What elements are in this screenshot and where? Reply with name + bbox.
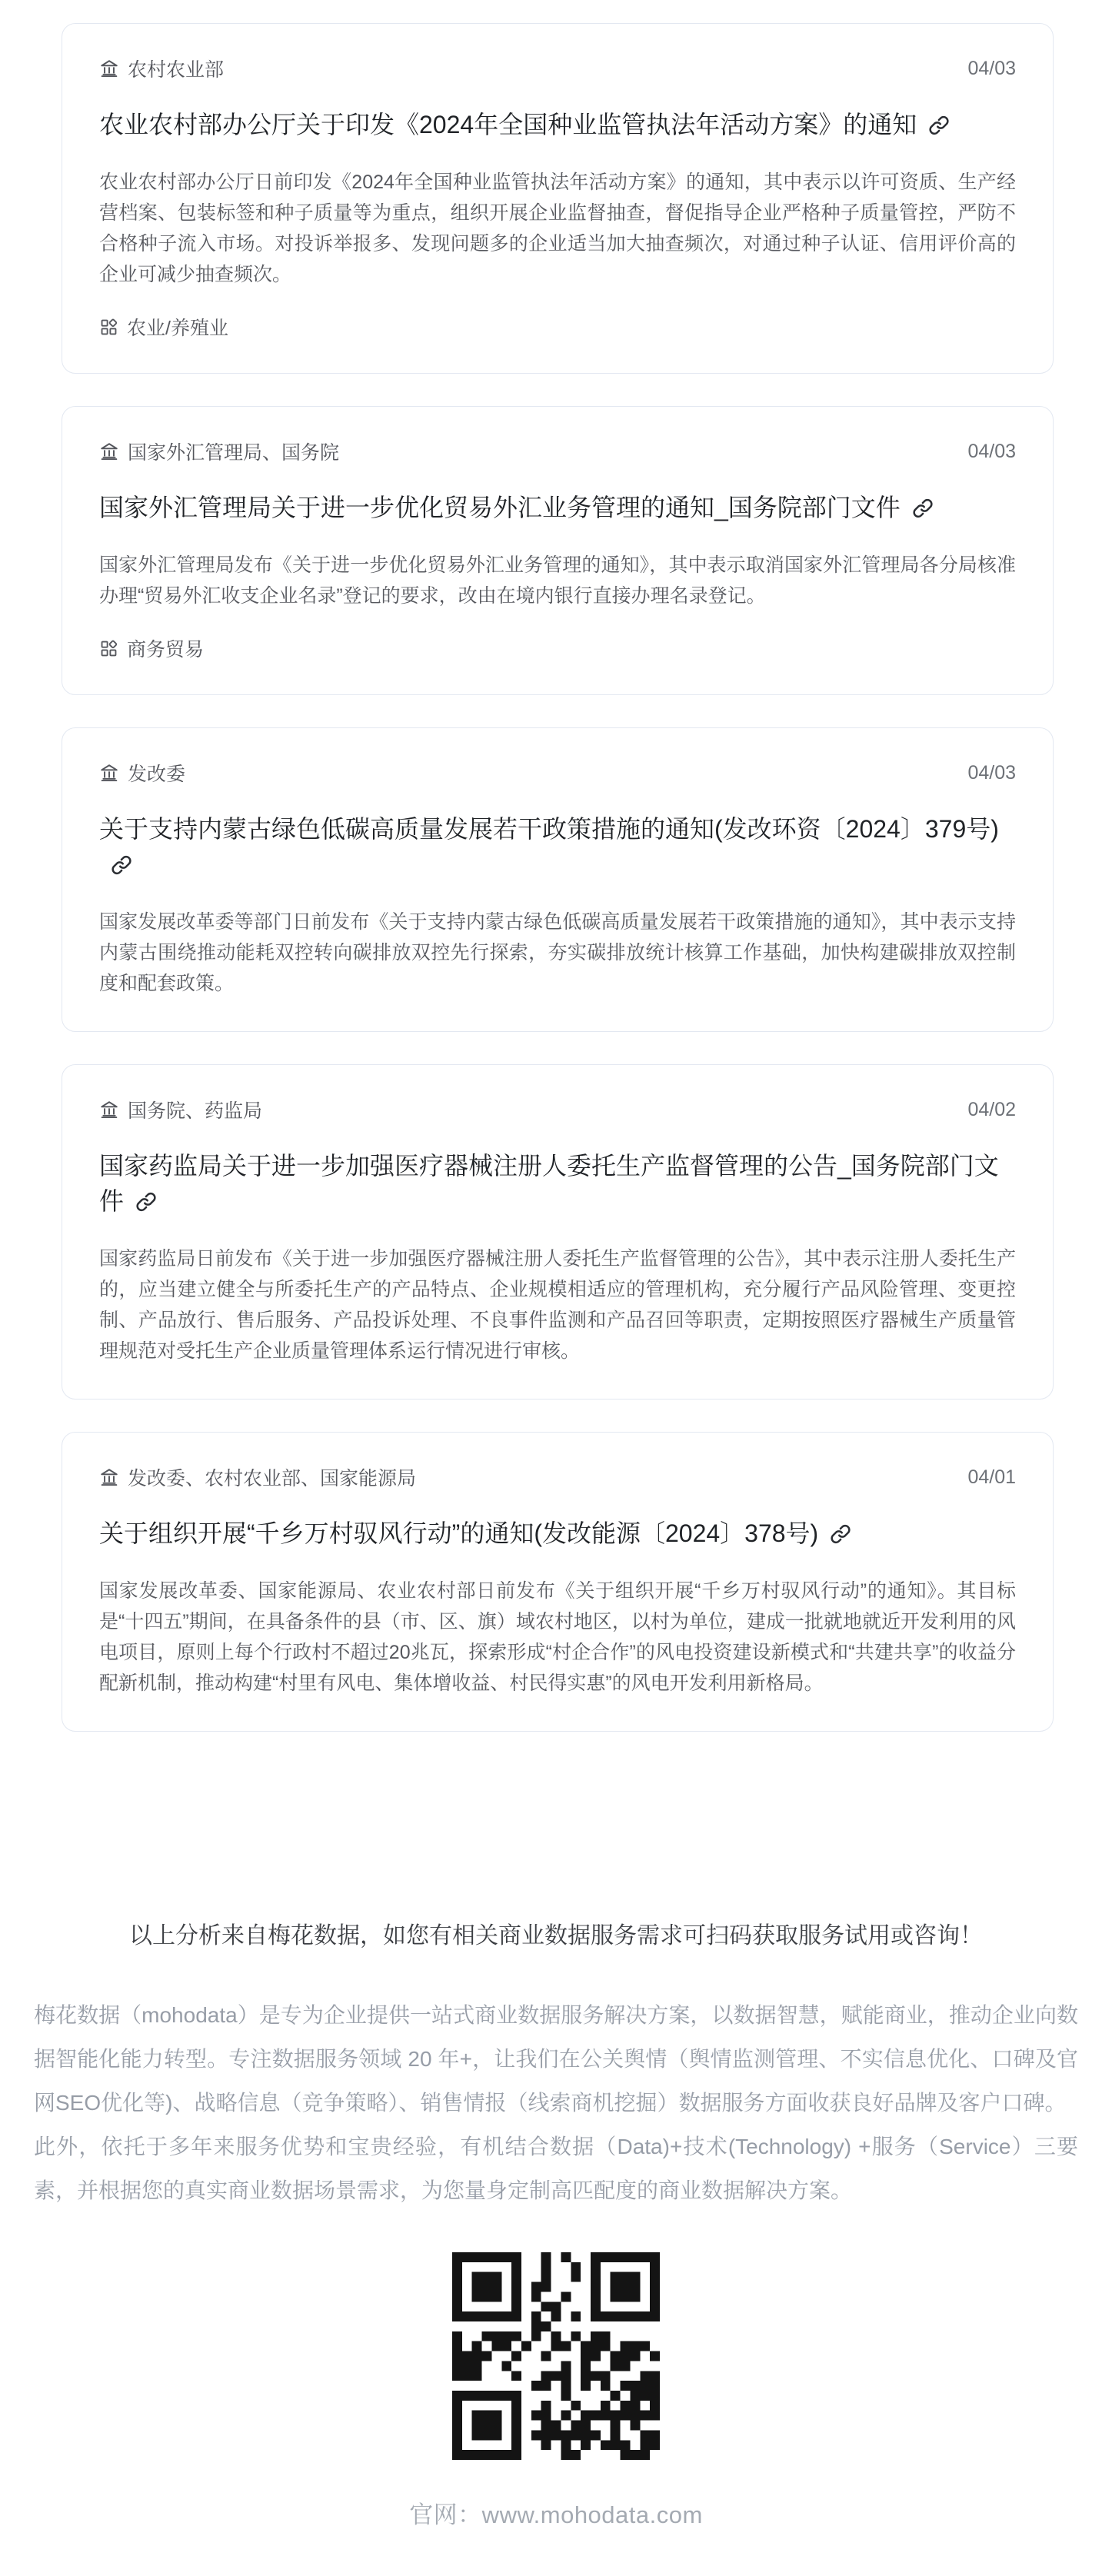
source-label: 农村农业部 xyxy=(128,55,224,82)
source-label: 国务院、药监局 xyxy=(128,1096,262,1123)
card-title[interactable]: 关于支持内蒙古绿色低碳高质量发展若干政策措施的通知(发改环资〔2024〕379号… xyxy=(99,811,1016,882)
card-summary: 农业农村部办公厅日前印发《2024年全国种业监管执法年活动方案》的通知，其中表示… xyxy=(99,167,1016,290)
card-header: 发改委 04/03 xyxy=(99,759,1016,787)
card-title[interactable]: 关于组织开展“千乡万村驭风行动”的通知(发改能源〔2024〕378号) xyxy=(99,1516,1016,1551)
news-feed: 农村农业部 04/03 农业农村部办公厅关于印发《2024年全国种业监管执法年活… xyxy=(62,0,1054,1732)
website-label: 官网：www.mohodata.com xyxy=(0,2495,1112,2576)
card-header: 发改委、农村农业部、国家能源局 04/01 xyxy=(99,1463,1016,1491)
news-card: 农村农业部 04/03 农业农村部办公厅关于印发《2024年全国种业监管执法年活… xyxy=(62,23,1054,374)
card-title-text[interactable]: 关于组织开展“千乡万村驭风行动”的通知(发改能源〔2024〕378号) xyxy=(99,1519,818,1547)
category-label: 农业/养殖业 xyxy=(127,313,228,341)
card-date: 04/02 xyxy=(967,1099,1016,1121)
card-source: 国家外汇管理局、国务院 xyxy=(99,438,339,465)
card-category-tag[interactable]: 农业/养殖业 xyxy=(99,313,1016,341)
card-date: 04/03 xyxy=(967,441,1016,463)
source-label: 发改委、农村农业部、国家能源局 xyxy=(128,1463,416,1491)
card-source: 国务院、药监局 xyxy=(99,1096,262,1123)
news-card: 国务院、药监局 04/02 国家药监局关于进一步加强医疗器械注册人委托生产监督管… xyxy=(62,1064,1054,1399)
promo-headline: 以上分析来自梅花数据，如您有相关商业数据服务需求可扫码获取服务试用或咨询！ xyxy=(0,1919,1112,1953)
source-label: 发改委 xyxy=(128,759,185,787)
source-label: 国家外汇管理局、国务院 xyxy=(128,438,339,465)
category-grid-icon xyxy=(99,318,118,337)
building-icon xyxy=(99,763,119,783)
promo-section: 以上分析来自梅花数据，如您有相关商业数据服务需求可扫码获取服务试用或咨询！ 梅花… xyxy=(0,1919,1112,2576)
building-icon xyxy=(99,441,119,461)
card-title-text[interactable]: 关于支持内蒙古绿色低碳高质量发展若干政策措施的通知(发改环资〔2024〕379号… xyxy=(99,815,999,843)
card-header: 国务院、药监局 04/02 xyxy=(99,1096,1016,1123)
card-summary: 国家发展改革委等部门日前发布《关于支持内蒙古绿色低碳高质量发展若干政策措施的通知… xyxy=(99,907,1016,999)
card-summary: 国家外汇管理局发布《关于进一步优化贸易外汇业务管理的通知》，其中表示取消国家外汇… xyxy=(99,550,1016,611)
card-title-text[interactable]: 国家药监局关于进一步加强医疗器械注册人委托生产监督管理的公告_国务院部门文件 xyxy=(99,1152,999,1215)
card-date: 04/03 xyxy=(967,762,1016,784)
qr-code xyxy=(452,2252,660,2460)
link-icon[interactable] xyxy=(911,497,934,520)
card-title[interactable]: 国家外汇管理局关于进一步优化贸易外汇业务管理的通知_国务院部门文件 xyxy=(99,490,1016,525)
category-grid-icon xyxy=(99,639,118,658)
card-header: 国家外汇管理局、国务院 04/03 xyxy=(99,438,1016,465)
category-label: 商务贸易 xyxy=(127,634,204,662)
card-source: 农村农业部 xyxy=(99,55,224,82)
building-icon xyxy=(99,1467,119,1487)
news-card: 国家外汇管理局、国务院 04/03 国家外汇管理局关于进一步优化贸易外汇业务管理… xyxy=(62,406,1054,695)
building-icon xyxy=(99,1100,119,1120)
card-title-text[interactable]: 国家外汇管理局关于进一步优化贸易外汇业务管理的通知_国务院部门文件 xyxy=(99,494,901,521)
card-title[interactable]: 国家药监局关于进一步加强医疗器械注册人委托生产监督管理的公告_国务院部门文件 xyxy=(99,1148,1016,1219)
link-icon[interactable] xyxy=(927,114,951,137)
news-card: 发改委、农村农业部、国家能源局 04/01 关于组织开展“千乡万村驭风行动”的通… xyxy=(62,1432,1054,1732)
card-summary: 国家药监局日前发布《关于进一步加强医疗器械注册人委托生产监督管理的公告》，其中表… xyxy=(99,1243,1016,1366)
promo-paragraph-1: 梅花数据（mohodata）是专为企业提供一站式商业数据服务解决方案，以数据智慧… xyxy=(34,1993,1078,2125)
promo-paragraph-2: 此外，依托于多年来服务优势和宝贵经验，有机结合数据（Data)+技术(Techn… xyxy=(34,2125,1078,2212)
news-card: 发改委 04/03 关于支持内蒙古绿色低碳高质量发展若干政策措施的通知(发改环资… xyxy=(62,727,1054,1032)
card-header: 农村农业部 04/03 xyxy=(99,55,1016,82)
link-icon[interactable] xyxy=(135,1190,158,1213)
card-summary: 国家发展改革委、国家能源局、农业农村部日前发布《关于组织开展“千乡万村驭风行动”… xyxy=(99,1576,1016,1699)
card-date: 04/03 xyxy=(967,58,1016,80)
card-source: 发改委、农村农业部、国家能源局 xyxy=(99,1463,416,1491)
card-date: 04/01 xyxy=(967,1466,1016,1489)
card-title-text[interactable]: 农业农村部办公厅关于印发《2024年全国种业监管执法年活动方案》的通知 xyxy=(99,111,917,138)
link-icon[interactable] xyxy=(110,854,133,877)
card-title[interactable]: 农业农村部办公厅关于印发《2024年全国种业监管执法年活动方案》的通知 xyxy=(99,107,1016,142)
link-icon[interactable] xyxy=(829,1523,852,1546)
building-icon xyxy=(99,58,119,78)
card-source: 发改委 xyxy=(99,759,185,787)
card-category-tag[interactable]: 商务贸易 xyxy=(99,634,1016,662)
